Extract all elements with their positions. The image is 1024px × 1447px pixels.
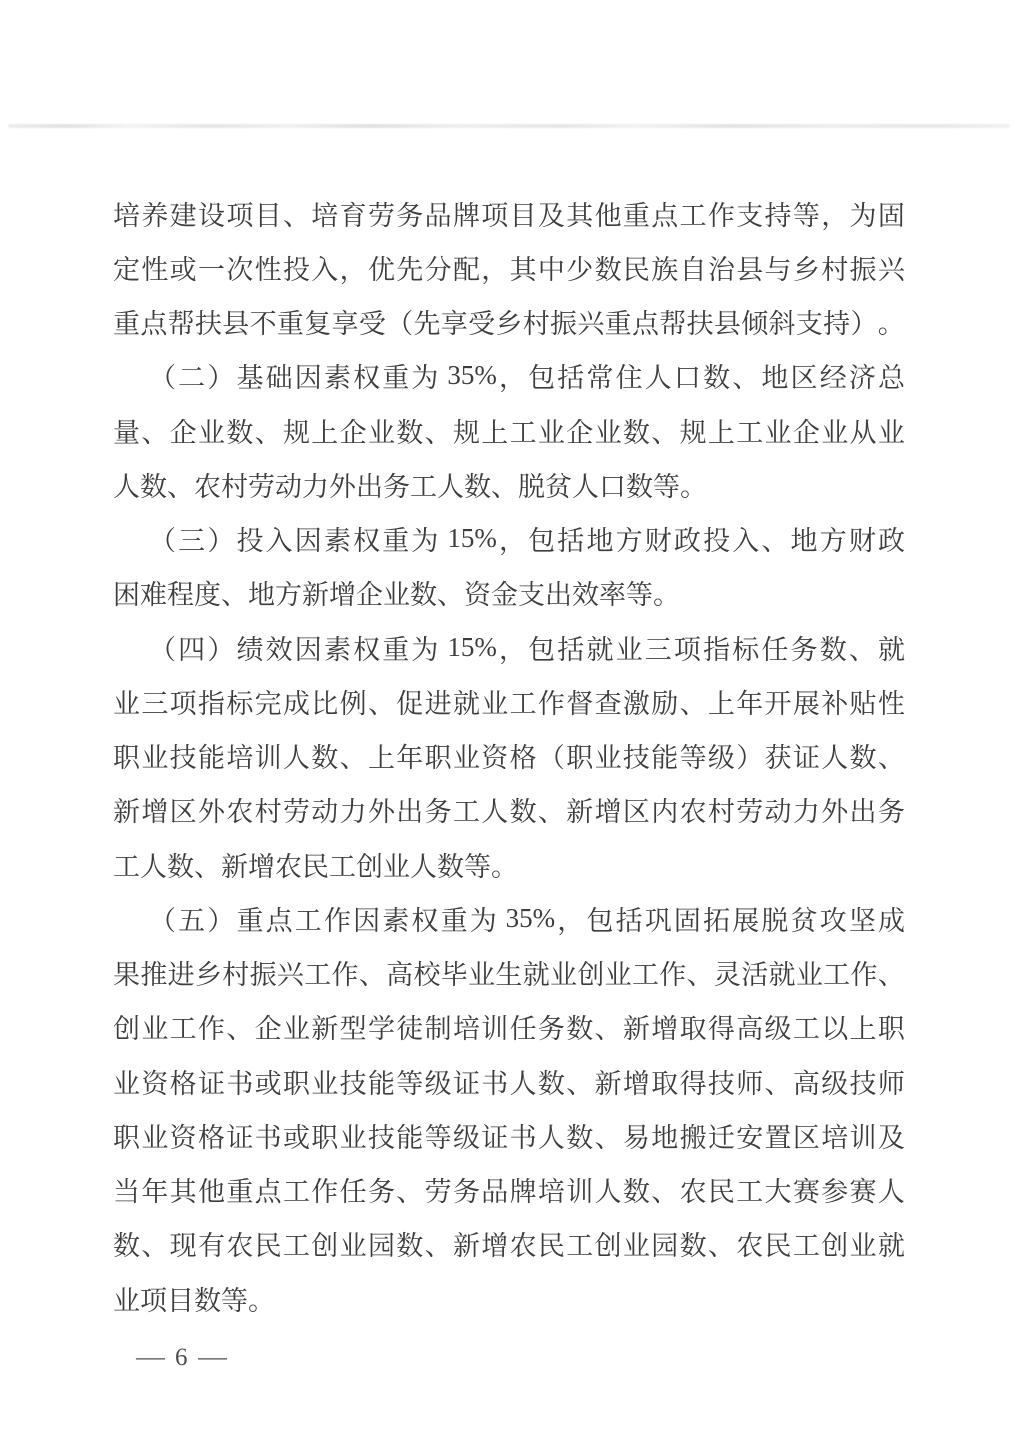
glyph: 果 — [113, 953, 140, 992]
glyph: 、 — [425, 411, 452, 450]
glyph: 工 — [510, 682, 537, 721]
glyph: 就 — [769, 953, 796, 992]
paragraph: （五）重点工作因素权重为 35%，包括巩固拓展脱贫攻坚成 果推进乡村振兴工作、高… — [113, 891, 905, 1325]
glyph: 育 — [340, 194, 367, 233]
text-line: 职业资格证书或职业技能等级证书人数、易地搬迁安置区培训及 — [113, 1108, 905, 1162]
glyph: 民 — [255, 1224, 282, 1263]
glyph: 活 — [741, 953, 768, 992]
glyph: 数 — [623, 1170, 650, 1209]
glyph: 人 — [645, 356, 672, 395]
glyph: 校 — [413, 953, 440, 992]
glyph: 35% — [441, 360, 497, 391]
glyph: 数 — [820, 628, 847, 667]
glyph: 职 — [311, 1116, 338, 1155]
glyph: 数 — [113, 1224, 140, 1263]
glyph: 、 — [595, 1007, 622, 1046]
glyph: ） — [207, 628, 234, 667]
glyph: 重 — [382, 356, 409, 395]
text-line: 新增区外农村劳动力外出务工人数、新增区内农村劳动力外出务 — [113, 783, 905, 837]
glyph: 村 — [255, 790, 282, 829]
glyph: 数 — [623, 411, 650, 450]
glyph: 重 — [382, 628, 409, 667]
glyph: 能 — [368, 1062, 395, 1101]
glyph: 人 — [283, 736, 310, 775]
glyph: 业 — [141, 1007, 168, 1046]
glyph: 、 — [651, 1170, 678, 1209]
glyph: ， — [821, 194, 848, 233]
glyph: 赛 — [793, 1170, 820, 1209]
glyph: 工 — [170, 1007, 197, 1046]
glyph: 资 — [170, 1116, 197, 1155]
glyph: 得 — [708, 1007, 735, 1046]
glyph: 增 — [141, 790, 168, 829]
glyph: 型 — [340, 1007, 367, 1046]
glyph: 业 — [765, 411, 792, 450]
glyph: 权 — [411, 899, 438, 938]
glyph: 倾 — [741, 302, 768, 341]
glyph: 数 — [595, 248, 622, 287]
glyph: 数 — [396, 1224, 423, 1263]
glyph: 数 — [538, 1062, 565, 1101]
glyph: 新 — [311, 1007, 338, 1046]
glyph: ， — [499, 356, 526, 395]
glyph: 证 — [226, 1116, 253, 1155]
glyph: 振 — [550, 302, 577, 341]
glyph: 政 — [878, 519, 905, 558]
glyph: 重 — [113, 302, 140, 341]
glyph: 他 — [198, 1170, 225, 1209]
glyph: 持 — [765, 194, 792, 233]
glyph: 书 — [255, 1116, 282, 1155]
glyph: 点 — [651, 194, 678, 233]
glyph: 、 — [141, 1224, 168, 1263]
glyph: 师 — [878, 1062, 905, 1101]
glyph: 业 — [481, 682, 508, 721]
glyph: 、 — [878, 736, 905, 775]
glyph: 支 — [736, 194, 763, 233]
glyph: 作 — [708, 194, 735, 233]
glyph: 出 — [396, 790, 423, 829]
glyph: 为 — [411, 356, 438, 395]
glyph: 创 — [577, 953, 604, 992]
glyph: 财 — [645, 519, 672, 558]
glyph: 业 — [340, 1224, 367, 1263]
glyph: 数 — [850, 736, 877, 775]
glyph: 济 — [849, 356, 876, 395]
glyph: 作 — [332, 953, 359, 992]
glyph: 他 — [595, 194, 622, 233]
glyph: 农 — [226, 790, 253, 829]
glyph: 业 — [550, 953, 577, 992]
glyph: 村 — [222, 953, 249, 992]
text-line: 人数、农村劳动力外出务工人数、脱贫人口数等。 — [113, 457, 905, 511]
glyph: （ — [538, 736, 565, 775]
glyph: ， — [499, 628, 526, 667]
glyph: 劳 — [368, 194, 395, 233]
glyph: 企 — [255, 1007, 282, 1046]
glyph: 为 — [470, 899, 497, 938]
glyph: 任 — [510, 1007, 537, 1046]
glyph: 新 — [623, 1007, 650, 1046]
text-line: （四）绩效因素权重为 15%，包括就业三项指标任务数、就 — [113, 620, 905, 674]
glyph: 素 — [324, 519, 351, 558]
glyph: 企 — [340, 411, 367, 450]
glyph: 数 — [311, 736, 338, 775]
glyph: 就 — [586, 628, 613, 667]
glyph: 训 — [255, 736, 282, 775]
glyph: 高 — [386, 953, 413, 992]
glyph: 、 — [680, 682, 707, 721]
glyph: 作 — [538, 682, 565, 721]
glyph: 业 — [595, 736, 622, 775]
glyph: 新 — [113, 790, 140, 829]
glyph: 量 — [113, 411, 140, 450]
glyph: 投 — [236, 519, 263, 558]
glyph: 入 — [732, 519, 759, 558]
glyph: 业 — [453, 736, 480, 775]
glyph: 能 — [396, 1116, 423, 1155]
glyph: 35% — [499, 903, 555, 934]
glyph: 业 — [311, 1062, 338, 1101]
glyph: 业 — [141, 736, 168, 775]
glyph: 劳 — [736, 790, 763, 829]
glyph: （ — [386, 302, 413, 341]
glyph: 务 — [425, 790, 452, 829]
glyph: 固 — [674, 899, 701, 938]
glyph: 基 — [236, 356, 263, 395]
glyph: 村 — [523, 302, 550, 341]
glyph: 重 — [605, 302, 632, 341]
glyph: 五 — [178, 899, 205, 938]
glyph: 进 — [168, 953, 195, 992]
glyph: 业 — [198, 411, 225, 450]
glyph: 住 — [616, 356, 643, 395]
glyph: 训 — [481, 1007, 508, 1046]
glyph: 工 — [295, 899, 322, 938]
glyph: 重 — [236, 899, 263, 938]
glyph: 指 — [703, 628, 730, 667]
glyph: 、 — [538, 790, 565, 829]
text-line: 业三项指标完成比例、促进就业工作督查激励、上年开展补贴性 — [113, 674, 905, 728]
glyph: 乡 — [195, 953, 222, 992]
glyph: ） — [207, 356, 234, 395]
glyph: 以 — [821, 1007, 848, 1046]
glyph: 入 — [266, 519, 293, 558]
glyph: 从 — [850, 411, 877, 450]
glyph: 自 — [680, 248, 707, 287]
glyph: 或 — [170, 248, 197, 287]
glyph: 技 — [623, 736, 650, 775]
glyph: 作 — [198, 1007, 225, 1046]
glyph: 牌 — [453, 194, 480, 233]
glyph: 上 — [708, 682, 735, 721]
glyph: 目 — [510, 194, 537, 233]
glyph: 或 — [255, 1062, 282, 1101]
glyph: 人 — [481, 790, 508, 829]
glyph: 目 — [255, 194, 282, 233]
glyph: 县 — [714, 302, 741, 341]
glyph: 振 — [850, 248, 877, 287]
glyph: 易 — [623, 1116, 650, 1155]
glyph: 培 — [538, 1170, 565, 1209]
glyph: 扶 — [687, 302, 714, 341]
glyph: 就 — [453, 682, 480, 721]
glyph: 能 — [651, 736, 678, 775]
glyph: 、 — [765, 1062, 792, 1101]
glyph: 括 — [616, 899, 643, 938]
glyph: 业 — [796, 953, 823, 992]
glyph: 业 — [878, 411, 905, 450]
glyph: 级 — [453, 1116, 480, 1155]
text-line: （五）重点工作因素权重为 35%，包括巩固拓展脱贫攻坚成 — [113, 891, 905, 945]
paragraph: （三）投入因素权重为 15%，包括地方财政投入、地方财政 困难程度、地方新增企业… — [113, 512, 905, 621]
glyph: 业 — [368, 411, 395, 450]
glyph: 创 — [113, 1007, 140, 1046]
glyph: 增 — [481, 1224, 508, 1263]
glyph: 企 — [793, 411, 820, 450]
glyph: 其 — [510, 248, 537, 287]
glyph: 业 — [850, 1224, 877, 1263]
glyph: 四 — [178, 628, 205, 667]
glyph: ， — [557, 899, 584, 938]
paragraph: （二）基础因素权重为 35%，包括常住人口数、地区经济总 量、企业数、规上企业数… — [113, 349, 905, 512]
glyph: 作 — [324, 899, 351, 938]
glyph: 方 — [616, 519, 643, 558]
glyph: 业 — [283, 1007, 310, 1046]
glyph: 、 — [283, 194, 310, 233]
glyph: 地 — [651, 1116, 678, 1155]
glyph: 为 — [411, 628, 438, 667]
glyph: 优 — [368, 248, 395, 287]
glyph: 培 — [821, 1116, 848, 1155]
glyph: 工 — [510, 411, 537, 450]
glyph: 就 — [878, 628, 905, 667]
glyph: 查 — [595, 682, 622, 721]
glyph: 品 — [425, 194, 452, 233]
page-number: 6 — [175, 1344, 188, 1372]
glyph: 就 — [523, 953, 550, 992]
glyph: 人 — [538, 1116, 565, 1155]
glyph: 创 — [595, 1224, 622, 1263]
glyph: 其 — [566, 194, 593, 233]
glyph: 农 — [510, 1224, 537, 1263]
glyph: 县 — [222, 302, 249, 341]
glyph: 创 — [311, 1224, 338, 1263]
glyph: 、 — [651, 411, 678, 450]
glyph: 次 — [226, 248, 253, 287]
glyph: 就 — [878, 1224, 905, 1263]
glyph: 灵 — [714, 953, 741, 992]
text-line: 果推进乡村振兴工作、高校毕业生就业创业工作、灵活就业工作、 — [113, 946, 905, 1000]
glyph: 农 — [680, 790, 707, 829]
glyph: 础 — [266, 356, 293, 395]
glyph: 、 — [141, 411, 168, 450]
glyph: 搬 — [680, 1116, 707, 1155]
glyph: 促 — [396, 682, 423, 721]
glyph: 得 — [680, 1062, 707, 1101]
glyph: 参 — [821, 1170, 848, 1209]
glyph: 攻 — [820, 899, 847, 938]
glyph: 业 — [538, 411, 565, 450]
glyph: 数 — [566, 1007, 593, 1046]
glyph: 等 — [396, 1062, 423, 1101]
glyph: 技 — [170, 736, 197, 775]
glyph: 作 — [850, 953, 877, 992]
glyph: 展 — [732, 899, 759, 938]
glyph: 业 — [616, 628, 643, 667]
glyph: 学 — [368, 1007, 395, 1046]
glyph: 等 — [425, 1116, 452, 1155]
glyph: 贫 — [791, 899, 818, 938]
glyph: 民 — [708, 1170, 735, 1209]
glyph: 新 — [595, 1062, 622, 1101]
glyph: ， — [340, 248, 367, 287]
glyph: 区 — [170, 790, 197, 829]
glyph: 斜 — [769, 302, 796, 341]
glyph: 增 — [595, 790, 622, 829]
glyph: 工 — [304, 953, 331, 992]
text-line: （三）投入因素权重为 15%，包括地方财政投入、地方财政 — [113, 512, 905, 566]
glyph: 新 — [453, 1224, 480, 1263]
glyph: 品 — [481, 1170, 508, 1209]
glyph: 开 — [765, 682, 792, 721]
glyph: 标 — [732, 628, 759, 667]
glyph: 书 — [481, 1062, 508, 1101]
glyph: 少 — [566, 248, 593, 287]
glyph: （ — [149, 519, 176, 558]
glyph: 企 — [566, 411, 593, 450]
glyph: 、 — [255, 411, 282, 450]
glyph: 高 — [736, 1007, 763, 1046]
glyph: 培 — [453, 1007, 480, 1046]
glyph: 乡 — [495, 302, 522, 341]
glyph: 15% — [441, 632, 497, 663]
text-line: 业资格证书或职业技能等级证书人数、新增取得技师、高级技师 — [113, 1054, 905, 1108]
glyph: 标 — [226, 682, 253, 721]
glyph: 因 — [295, 519, 322, 558]
glyph: 财 — [849, 519, 876, 558]
glyph: 工 — [736, 1170, 763, 1209]
glyph: 、 — [396, 1170, 423, 1209]
glyph: 劳 — [425, 1170, 452, 1209]
footer-dash-left: — — [136, 1344, 165, 1372]
glyph: 定 — [113, 248, 140, 287]
glyph: 地 — [761, 356, 788, 395]
glyph: 工 — [632, 953, 659, 992]
glyph: 固 — [878, 194, 905, 233]
glyph: 培 — [311, 194, 338, 233]
glyph: 外 — [821, 790, 848, 829]
glyph: 职 — [425, 736, 452, 775]
glyph: 级 — [708, 736, 735, 775]
glyph: 常 — [586, 356, 613, 395]
glyph: 园 — [651, 1224, 678, 1263]
glyph: 配 — [453, 248, 480, 287]
glyph: 务 — [538, 1007, 565, 1046]
glyph: 务 — [878, 790, 905, 829]
glyph: 务 — [368, 1170, 395, 1209]
glyph: 三 — [645, 628, 672, 667]
glyph: 项 — [674, 628, 701, 667]
glyph: 15% — [441, 523, 497, 554]
glyph: 三 — [178, 519, 205, 558]
glyph: 民 — [538, 1224, 565, 1263]
glyph: 资 — [141, 1062, 168, 1101]
glyph: 口 — [674, 356, 701, 395]
glyph: 受 — [468, 302, 495, 341]
glyph: ） — [850, 302, 877, 341]
glyph: 及 — [538, 194, 565, 233]
glyph: （ — [149, 899, 176, 938]
glyph: 三 — [141, 682, 168, 721]
glyph: 级 — [765, 1007, 792, 1046]
glyph: 人 — [510, 1062, 537, 1101]
glyph: 任 — [761, 628, 788, 667]
glyph: 获 — [765, 736, 792, 775]
glyph: 方 — [820, 519, 847, 558]
glyph: ） — [207, 899, 234, 938]
glyph: ， — [481, 248, 508, 287]
glyph: 地 — [791, 519, 818, 558]
glyph: 先 — [396, 248, 423, 287]
glyph: 区 — [793, 1116, 820, 1155]
glyph: 养 — [141, 194, 168, 233]
glyph: 、 — [849, 628, 876, 667]
glyph: 职 — [566, 736, 593, 775]
glyph: 效 — [266, 628, 293, 667]
glyph: 业 — [605, 953, 632, 992]
glyph: 素 — [324, 356, 351, 395]
glyph: 务 — [453, 1170, 480, 1209]
glyph: 指 — [198, 682, 225, 721]
glyph: 取 — [651, 1062, 678, 1101]
glyph: 当 — [113, 1170, 140, 1209]
glyph: 数 — [396, 411, 423, 450]
glyph: 证 — [481, 1116, 508, 1155]
glyph: 持 — [823, 302, 850, 341]
glyph: 、 — [878, 953, 905, 992]
glyph: 职 — [878, 1007, 905, 1046]
glyph: 技 — [340, 1062, 367, 1101]
glyph: 证 — [453, 1062, 480, 1101]
glyph: 外 — [368, 790, 395, 829]
glyph: 高 — [793, 1062, 820, 1101]
glyph: 外 — [198, 790, 225, 829]
glyph: 括 — [557, 628, 584, 667]
glyph: 包 — [528, 628, 555, 667]
glyph: 业 — [113, 1062, 140, 1101]
text-line: 工人数、新增农民工创业人数等。 — [113, 837, 905, 891]
glyph: 级 — [821, 1062, 848, 1101]
glyph: 点 — [632, 302, 659, 341]
glyph: 重 — [277, 302, 304, 341]
glyph: 族 — [651, 248, 678, 287]
glyph: 乡 — [793, 248, 820, 287]
glyph: 牌 — [510, 1170, 537, 1209]
text-line: 困难程度、地方新增企业数、资金支出效率等。 — [113, 566, 905, 620]
glyph: 农 — [226, 1224, 253, 1263]
glyph: 数 — [510, 790, 537, 829]
glyph: 业 — [340, 1116, 367, 1155]
glyph: 工 — [793, 1224, 820, 1263]
glyph: 设 — [198, 194, 225, 233]
glyph: 动 — [311, 790, 338, 829]
glyph: 性 — [878, 682, 905, 721]
glyph: 务 — [396, 194, 423, 233]
text-line: 业项目数等。 — [113, 1271, 905, 1325]
glyph: 激 — [623, 682, 650, 721]
glyph: 规 — [680, 411, 707, 450]
